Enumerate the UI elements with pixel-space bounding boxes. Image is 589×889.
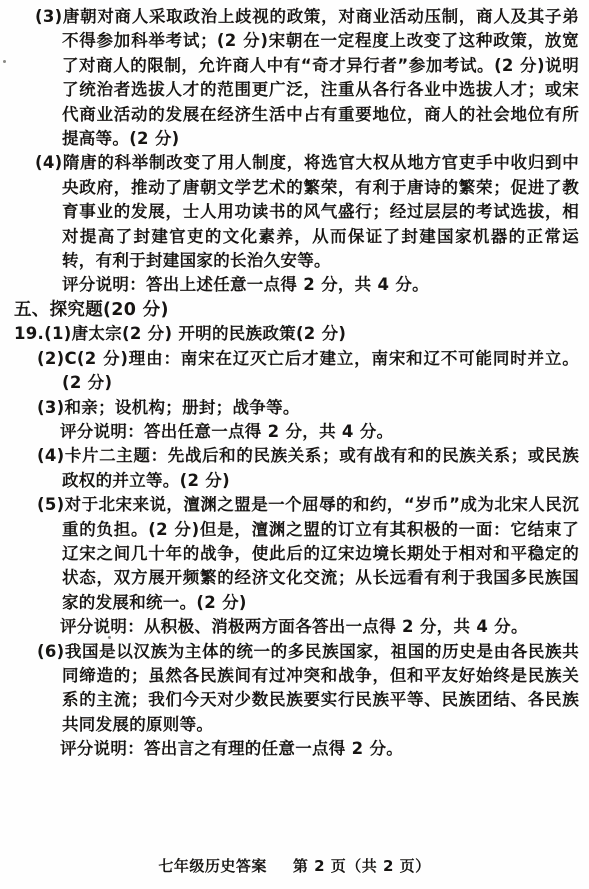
scoring-label: 评分说明： [62, 275, 146, 294]
scoring-label: 评分说明： [60, 422, 144, 441]
scoring-label: 评分说明： [60, 739, 144, 758]
scoring-note-19-6: 评分说明：答出言之有理的任意一点得 2 分。 [0, 737, 579, 761]
scoring-note-19-5: 评分说明：从积极、消极两方面各答出一点得 2 分，共 4 分。 [0, 615, 579, 639]
answer-prev-4: (4)隋唐的科举制改变了用人制度，将选官大权从地方官吏手中收归到中央政府，推动了… [0, 151, 579, 273]
answer-prev-3: (3)唐朝对商人采取政治上歧视的政策，对商业活动压制，商人及其子弟不得参加科举考… [0, 5, 579, 151]
answer-19-1: 19.(1)唐太宗(2 分) 开明的民族政策(2 分) [0, 322, 579, 346]
scoring-text: 从积极、消极两方面各答出一点得 2 分，共 4 分。 [144, 617, 528, 636]
scanned-answer-sheet-page: (3)唐朝对商人采取政治上歧视的政策，对商业活动压制，商人及其子弟不得参加科举考… [0, 0, 589, 889]
section-5-heading: 五、探究题(20 分) [0, 298, 579, 322]
scan-speck [230, 667, 232, 670]
page-footer: 七年级历史答案第 2 页（共 2 页） [0, 855, 589, 876]
scan-speck [3, 60, 6, 63]
scoring-label: 评分说明： [60, 617, 144, 636]
answer-19-5: (5)对于北宋来说，澶渊之盟是一个屈辱的和约，“岁币”成为北宋人民沉重的负担。(… [0, 493, 579, 615]
scan-speck [267, 752, 269, 754]
answer-19-6: (6)我国是以汉族为主体的统一的多民族国家，祖国的历史是由各民族共同缔造的；虽然… [0, 640, 579, 738]
scoring-text: 答出任意一点得 2 分，共 4 分。 [144, 422, 393, 441]
scan-speck [108, 636, 111, 639]
answer-text-block: (3)唐朝对商人采取政治上歧视的政策，对商业活动压制，商人及其子弟不得参加科举考… [0, 5, 579, 762]
scoring-note-19-3: 评分说明：答出任意一点得 2 分，共 4 分。 [0, 420, 579, 444]
footer-page-number: 第 2 页（共 2 页） [293, 857, 431, 875]
scoring-text: 答出言之有理的任意一点得 2 分。 [144, 739, 403, 758]
scoring-note-prev-4: 评分说明：答出上述任意一点得 2 分，共 4 分。 [0, 273, 579, 297]
answer-19-3: (3)和亲；设机构；册封；战争等。 [0, 396, 579, 420]
scoring-text: 答出上述任意一点得 2 分，共 4 分。 [146, 275, 429, 294]
footer-title: 七年级历史答案 [158, 857, 267, 875]
answer-19-2: (2)C(2 分)理由：南宋在辽灭亡后才建立，南宋和辽不可能同时并立。(2 分) [0, 347, 579, 396]
answer-19-4: (4)卡片二主题：先战后和的民族关系；或有战有和的民族关系；或民族政权的并立等。… [0, 444, 579, 493]
